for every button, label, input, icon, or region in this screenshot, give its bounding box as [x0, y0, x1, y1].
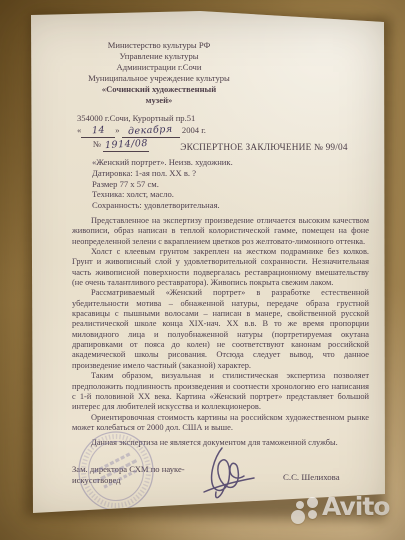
artwork-info-line: Размер 77 х 57 см.: [92, 179, 233, 190]
org-line: Управление культуры: [70, 51, 248, 62]
handwritten-signature-icon: [192, 436, 266, 504]
handwritten-month: декабря: [128, 124, 173, 138]
org-line: Администрации г.Сочи: [70, 62, 248, 73]
document-body: Представленное на экспертизу произведени…: [72, 216, 369, 449]
museum-name-line: музей»: [70, 95, 248, 106]
artwork-info-line: Сохранность: удовлетворительная.: [92, 200, 233, 211]
artwork-info-list: «Женский портрет». Неизв. художник. Дати…: [92, 157, 233, 211]
org-line: Министерство культуры РФ: [70, 40, 248, 51]
body-paragraph: Рассматриваемый «Женский портрет» в разр…: [72, 288, 369, 371]
body-paragraph: Представленное на экспертизу произведени…: [72, 216, 369, 247]
org-line: Муниципальное учреждение культуры: [70, 73, 248, 84]
document-title: ЭКСПЕРТНОЕ ЗАКЛЮЧЕНИЕ № 99/04: [150, 143, 378, 153]
artwork-info-line: Датировка: 1-ая пол. XX в. ?: [92, 168, 233, 179]
handwritten-number: 1914/08: [105, 138, 149, 152]
avito-watermark: Avito: [286, 494, 405, 534]
typed-year: 2004 г.: [182, 125, 206, 135]
date-close-quote: »: [115, 125, 119, 135]
org-header-block: Министерство культуры РФ Управление куль…: [70, 40, 248, 106]
round-seal-stamp-icon: [74, 428, 158, 514]
address-line: 354000 г.Сочи, Курортный пр.51: [77, 112, 206, 124]
body-paragraph: Холст с клеевым грунтом закреплен на жес…: [72, 247, 369, 288]
artwork-info-line: «Женский портрет». Неизв. художник.: [92, 157, 233, 168]
document-paper: Министерство культуры РФ Управление куль…: [0, 0, 405, 540]
museum-name-line: «Сочинский художественный: [70, 84, 248, 95]
signature-name: С.С. Шелихова: [283, 472, 340, 482]
body-paragraph: Таким образом, визуальная и стилистическ…: [72, 371, 369, 412]
date-line: «14» декабря 2004 г.: [77, 124, 206, 138]
artwork-info-line: Техника: холст, масло.: [92, 189, 233, 200]
number-label: №: [93, 139, 101, 149]
handwritten-day: 14: [91, 125, 105, 138]
avito-watermark-text: Avito: [322, 492, 389, 521]
